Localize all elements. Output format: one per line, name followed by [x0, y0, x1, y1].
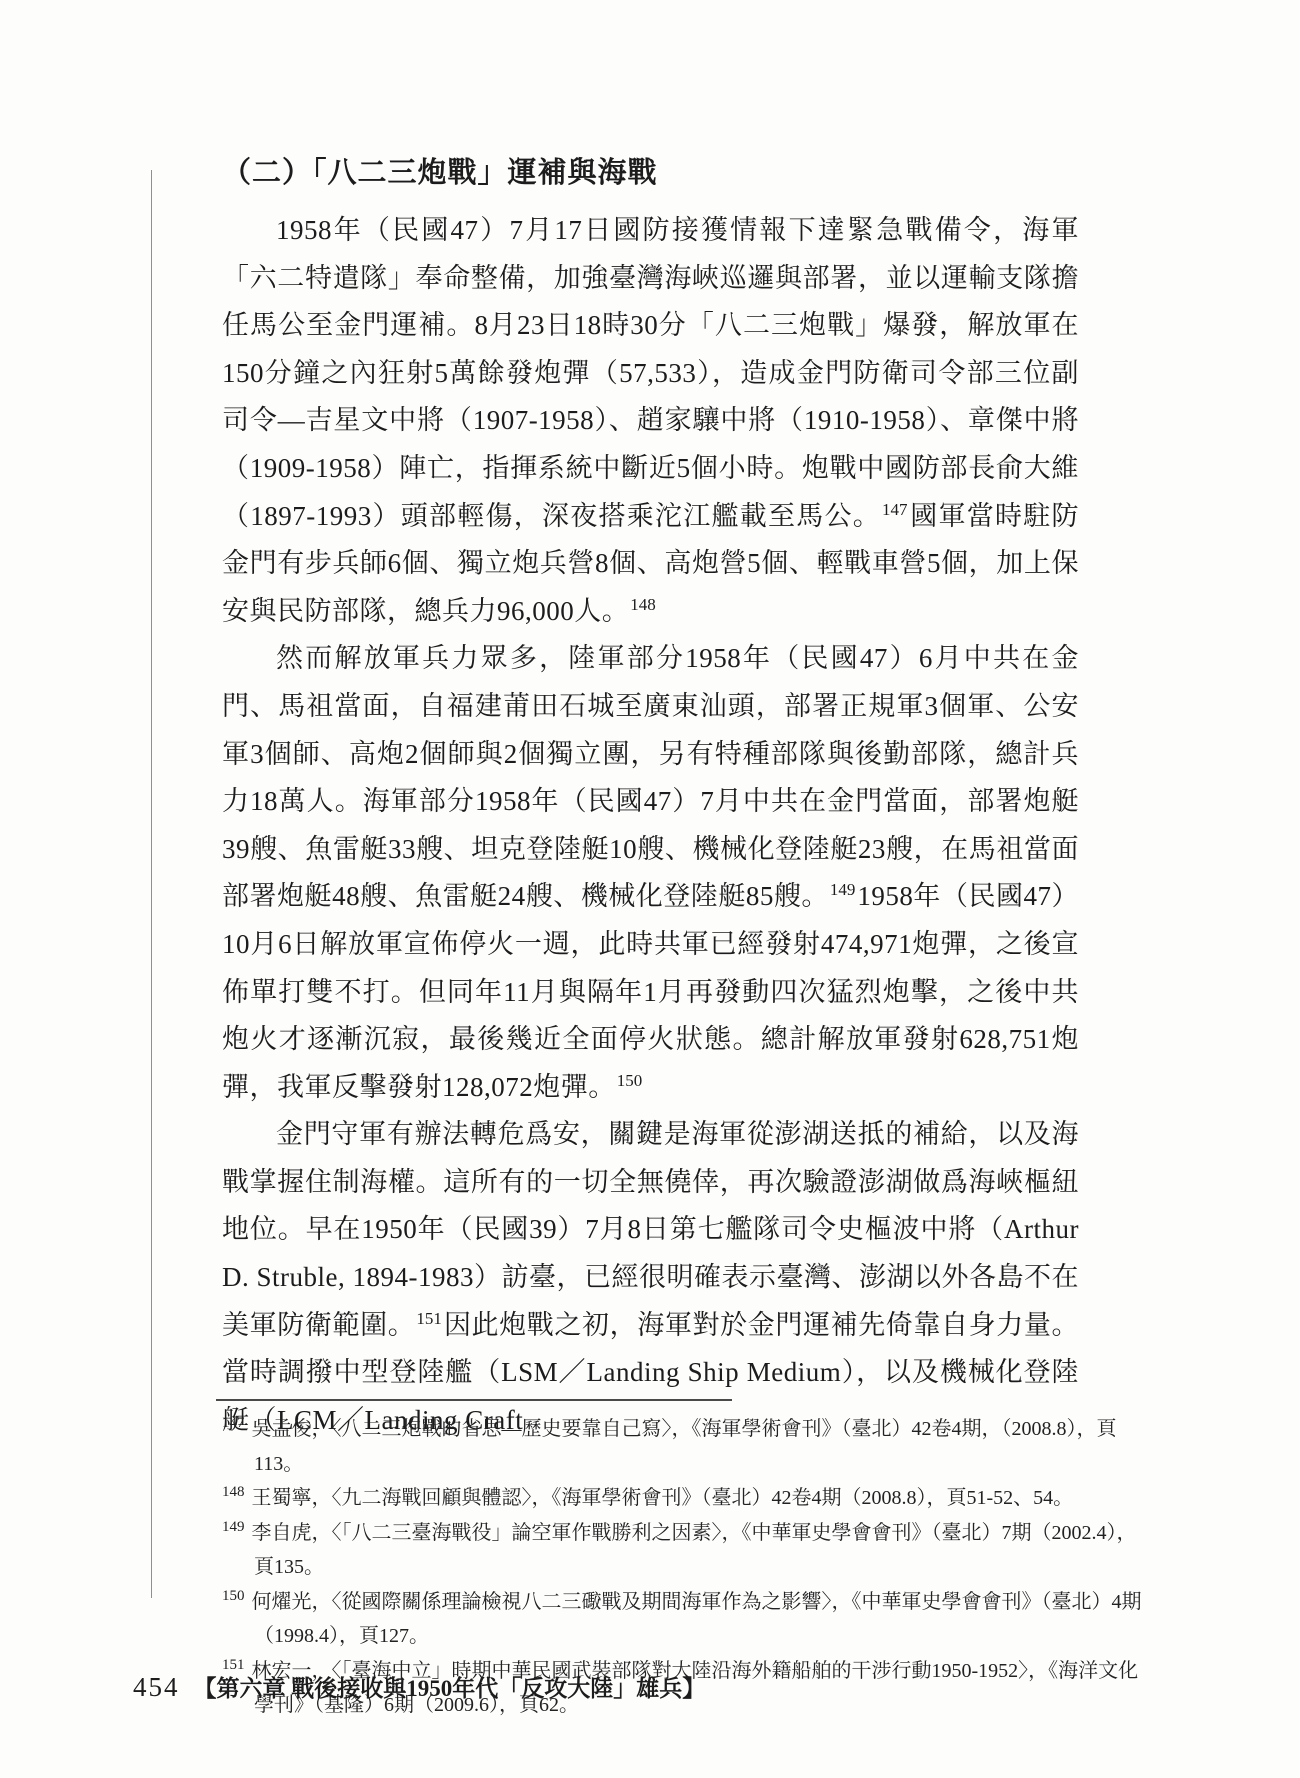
footnote-ref: 148 [630, 595, 656, 614]
footnote-number: 147 [222, 1415, 245, 1431]
footnote-number: 148 [222, 1484, 245, 1500]
page-content: （二）「八二三炮戰」運補與海戰 1958年（民國47）7月17日國防接獲情報下達… [222, 150, 1079, 1444]
body-paragraph: 金門守軍有辦法轉危爲安，關鍵是海軍從澎湖送抵的補給，以及海戰掌握住制海權。這所有… [222, 1111, 1079, 1444]
left-margin-rule [151, 170, 152, 1598]
footnote-item: 147吳孟俊，〈八二三炮戰的省思—歷史要靠自己寫〉，《海軍學術會刊》（臺北）42… [222, 1412, 1144, 1481]
footnote-item: 149李自虎，〈「八二三臺海戰役」論空軍作戰勝利之因素〉，《中華軍史學會會刊》（… [222, 1516, 1144, 1585]
body-text: 1958年（民國47）7月17日國防接獲情報下達緊急戰備令，海軍「六二特遣隊」奉… [222, 207, 1079, 1444]
footnote-ref: 147 [882, 500, 908, 519]
book-page: （二）「八二三炮戰」運補與海戰 1958年（民國47）7月17日國防接獲情報下達… [0, 0, 1300, 1778]
footnote-item: 150何燿光，〈從國際關係理論檢視八二三礮戰及期間海軍作為之影響〉，《中華軍史學… [222, 1585, 1144, 1654]
footnote-text: 何燿光，〈從國際關係理論檢視八二三礮戰及期間海軍作為之影響〉，《中華軍史學會會刊… [252, 1591, 1142, 1648]
footnote-number: 150 [222, 1588, 245, 1604]
footnote-separator [216, 1399, 732, 1401]
chapter-title: 【第六章 戰後接收與1950年代「反攻大陸」雄兵】 [194, 1676, 706, 1701]
footnote-number: 149 [222, 1519, 245, 1535]
footnote-ref: 150 [617, 1071, 643, 1090]
body-paragraph: 然而解放軍兵力眾多，陸軍部分1958年（民國47）6月中共在金門、馬祖當面，自福… [222, 635, 1079, 1111]
footnote-text: 王蜀寧，〈九二海戰回顧與體認〉，《海軍學術會刊》（臺北）42卷4期（2008.8… [252, 1487, 1074, 1509]
footnote-text: 吳孟俊，〈八二三炮戰的省思—歷史要靠自己寫〉，《海軍學術會刊》（臺北）42卷4期… [252, 1418, 1117, 1475]
page-footer: 454 【第六章 戰後接收與1950年代「反攻大陸」雄兵】 [133, 1670, 705, 1703]
footnote-ref: 149 [830, 880, 856, 899]
footnote-item: 148王蜀寧，〈九二海戰回顧與體認〉，《海軍學術會刊》（臺北）42卷4期（200… [222, 1481, 1144, 1516]
section-heading: （二）「八二三炮戰」運補與海戰 [222, 150, 1079, 191]
footnote-text: 李自虎，〈「八二三臺海戰役」論空軍作戰勝利之因素〉，《中華軍史學會會刊》（臺北）… [252, 1522, 1137, 1579]
page-number: 454 [133, 1672, 180, 1702]
footnote-ref: 151 [416, 1309, 442, 1328]
body-paragraph: 1958年（民國47）7月17日國防接獲情報下達緊急戰備令，海軍「六二特遣隊」奉… [222, 207, 1079, 635]
